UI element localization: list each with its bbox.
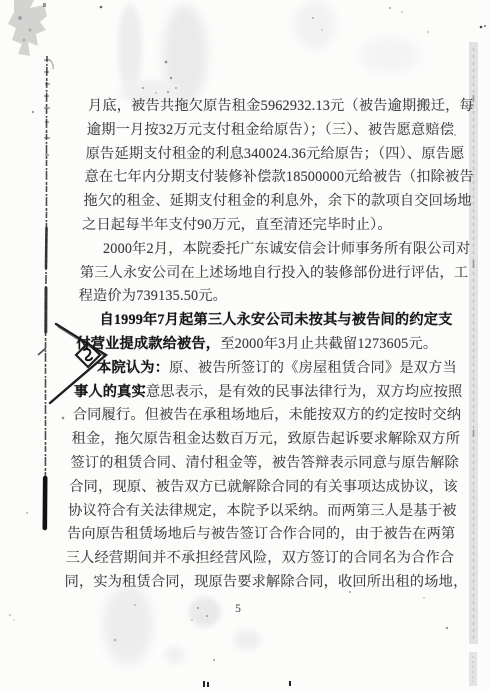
body-text-segment: 之日起每半年支付90万元，直至清还完毕时止）。 bbox=[82, 217, 392, 233]
text-line: 月底，被告共拖欠原告租金5962932.13元（被告逾期搬迁，每 bbox=[88, 95, 474, 119]
text-line: 意在七年内分期支付装修补偿款18500000元给被告（扣除被告 bbox=[85, 166, 474, 190]
text-line: 逾期一月按32万元支付租金给原告）；（三）、被告愿意赔偿 bbox=[87, 119, 454, 143]
text-line: 拖欠的租金、延期支付租金的利息外，余下的款项自交回场地 bbox=[83, 190, 471, 214]
text-line: 告向原告租赁场地后与被告签订合作合同的，由于被告在两第 bbox=[67, 523, 455, 547]
emphasized-text: 自1999年7月起第三人永安公司未按其与被告间的约定支 bbox=[99, 312, 452, 328]
body-text-segment: 租金，拖欠原告租金达数百万元，致原告起诉要求解除双方所 bbox=[72, 431, 460, 447]
emphasized-text: 本院认为： bbox=[97, 360, 169, 376]
text-line: 签订的租赁合同、清付租金等，被告答辩表示同意与原告解除 bbox=[70, 452, 458, 476]
body-text-segment: 同，实为租赁合同，现原告要求解除合同，收回所出租的场地， bbox=[65, 574, 468, 590]
text-line: 程造价为739135.50元。 bbox=[79, 285, 227, 309]
text-line: 2000年2月，本院委托广东诚安信会计师事务所有限公司对 bbox=[81, 238, 470, 262]
fold-binding-line bbox=[38, 56, 50, 528]
body-text-segment: 拖欠的租金、延期支付租金的利息外，余下的款项自交回场地 bbox=[83, 193, 471, 209]
body-text-segment: 2000年2月，本院委托广东诚安信会计师事务所有限公司对 bbox=[103, 241, 470, 257]
text-line: 合同，现原、被告双方已就解除合同的有关事项达成协议，该 bbox=[69, 476, 457, 500]
body-text-segment: 三人经营期间并不承担经营风险，双方签订的合同名为合作合 bbox=[66, 550, 454, 566]
right-edge-strip bbox=[469, 42, 478, 686]
text-line: 事人的真实意思表示，是有效的民事法律行为，双方均应按照 bbox=[74, 381, 462, 405]
scanned-document-page: 月底，被告共拖欠原告租金5962932.13元（被告逾期搬迁，每逾期一月按32万… bbox=[0, 0, 490, 690]
emphasized-text: 付营业提成款给被告， bbox=[76, 336, 220, 352]
text-line: 第三人永安公司在上述场地自行投入的装修部份进行评估，工 bbox=[80, 262, 468, 286]
body-text-segment: 程造价为739135.50元。 bbox=[79, 288, 227, 304]
body-text-segment: 合同，现原、被告双方已就解除合同的有关事项达成协议，该 bbox=[69, 479, 457, 495]
body-text-segment: 原告延期支付租金的利息340024.36元给原告；（四）、原告愿 bbox=[86, 146, 465, 162]
text-line: 合同履行。但被告在承租场地后，未能按双方的约定按时交纳 bbox=[73, 404, 461, 428]
body-text-segment: 第三人永安公司在上述场地自行投入的装修部份进行评估，工 bbox=[80, 265, 468, 281]
page-number: 5 bbox=[230, 603, 246, 615]
body-text-segment: 意在七年内分期支付装修补偿款18500000元给被告（扣除被告 bbox=[85, 169, 474, 185]
text-line: 同，实为租赁合同，现原告要求解除合同，收回所出租的场地， bbox=[65, 571, 468, 595]
text-line: 付营业提成款给被告，至2000年3月止共截留1273605元。 bbox=[76, 333, 437, 357]
text-line: 之日起每半年支付90万元，直至清还完毕时止）。 bbox=[82, 214, 392, 238]
body-text-segment: 合同履行。但被告在承租场地后，未能按双方的约定按时交纳 bbox=[73, 407, 461, 423]
text-line: 本院认为：原、被告所签订的《房屋租赁合同》是双方当 bbox=[75, 357, 457, 381]
text-line: 租金，拖欠原告租金达数百万元，致原告起诉要求解除双方所 bbox=[72, 428, 460, 452]
text-line: 自1999年7月起第三人永安公司未按其与被告间的约定支 bbox=[77, 309, 452, 333]
body-text-segment: 协议符合有关法律规定，本院予以采纳。而两第三人是基于被 bbox=[68, 503, 456, 519]
text-line: 原告延期支付租金的利息340024.36元给原告；（四）、原告愿 bbox=[86, 143, 465, 167]
body-text-segment: 告向原告租赁场地后与被告签订合作合同的，由于被告在两第 bbox=[67, 526, 455, 542]
text-line: 三人经营期间并不承担经营风险，双方签订的合同名为合作合 bbox=[66, 547, 454, 571]
body-text-segment: 逾期一月按32万元支付租金给原告）；（三）、被告愿意赔偿 bbox=[87, 122, 454, 138]
emphasized-text: 事人的真实 bbox=[74, 384, 146, 400]
text-line: 协议符合有关法律规定，本院予以采纳。而两第三人是基于被 bbox=[68, 500, 456, 524]
body-text-segment: 原、被告所签订的《房屋租赁合同》是双方当 bbox=[169, 360, 457, 376]
body-text-segment: 至2000年3月止共截留1273605元。 bbox=[220, 336, 437, 352]
body-text-segment: 签订的租赁合同、清付租金等，被告答辩表示同意与原告解除 bbox=[70, 455, 458, 471]
body-text-segment: 意思表示，是有效的民事法律行为，双方均应按照 bbox=[146, 384, 463, 400]
body-text-segment: 月底，被告共拖欠原告租金5962932.13元（被告逾期搬迁，每 bbox=[88, 98, 474, 114]
body-text: 月底，被告共拖欠原告租金5962932.13元（被告逾期搬迁，每逾期一月按32万… bbox=[88, 95, 468, 600]
bottom-tick-marks bbox=[203, 681, 291, 687]
